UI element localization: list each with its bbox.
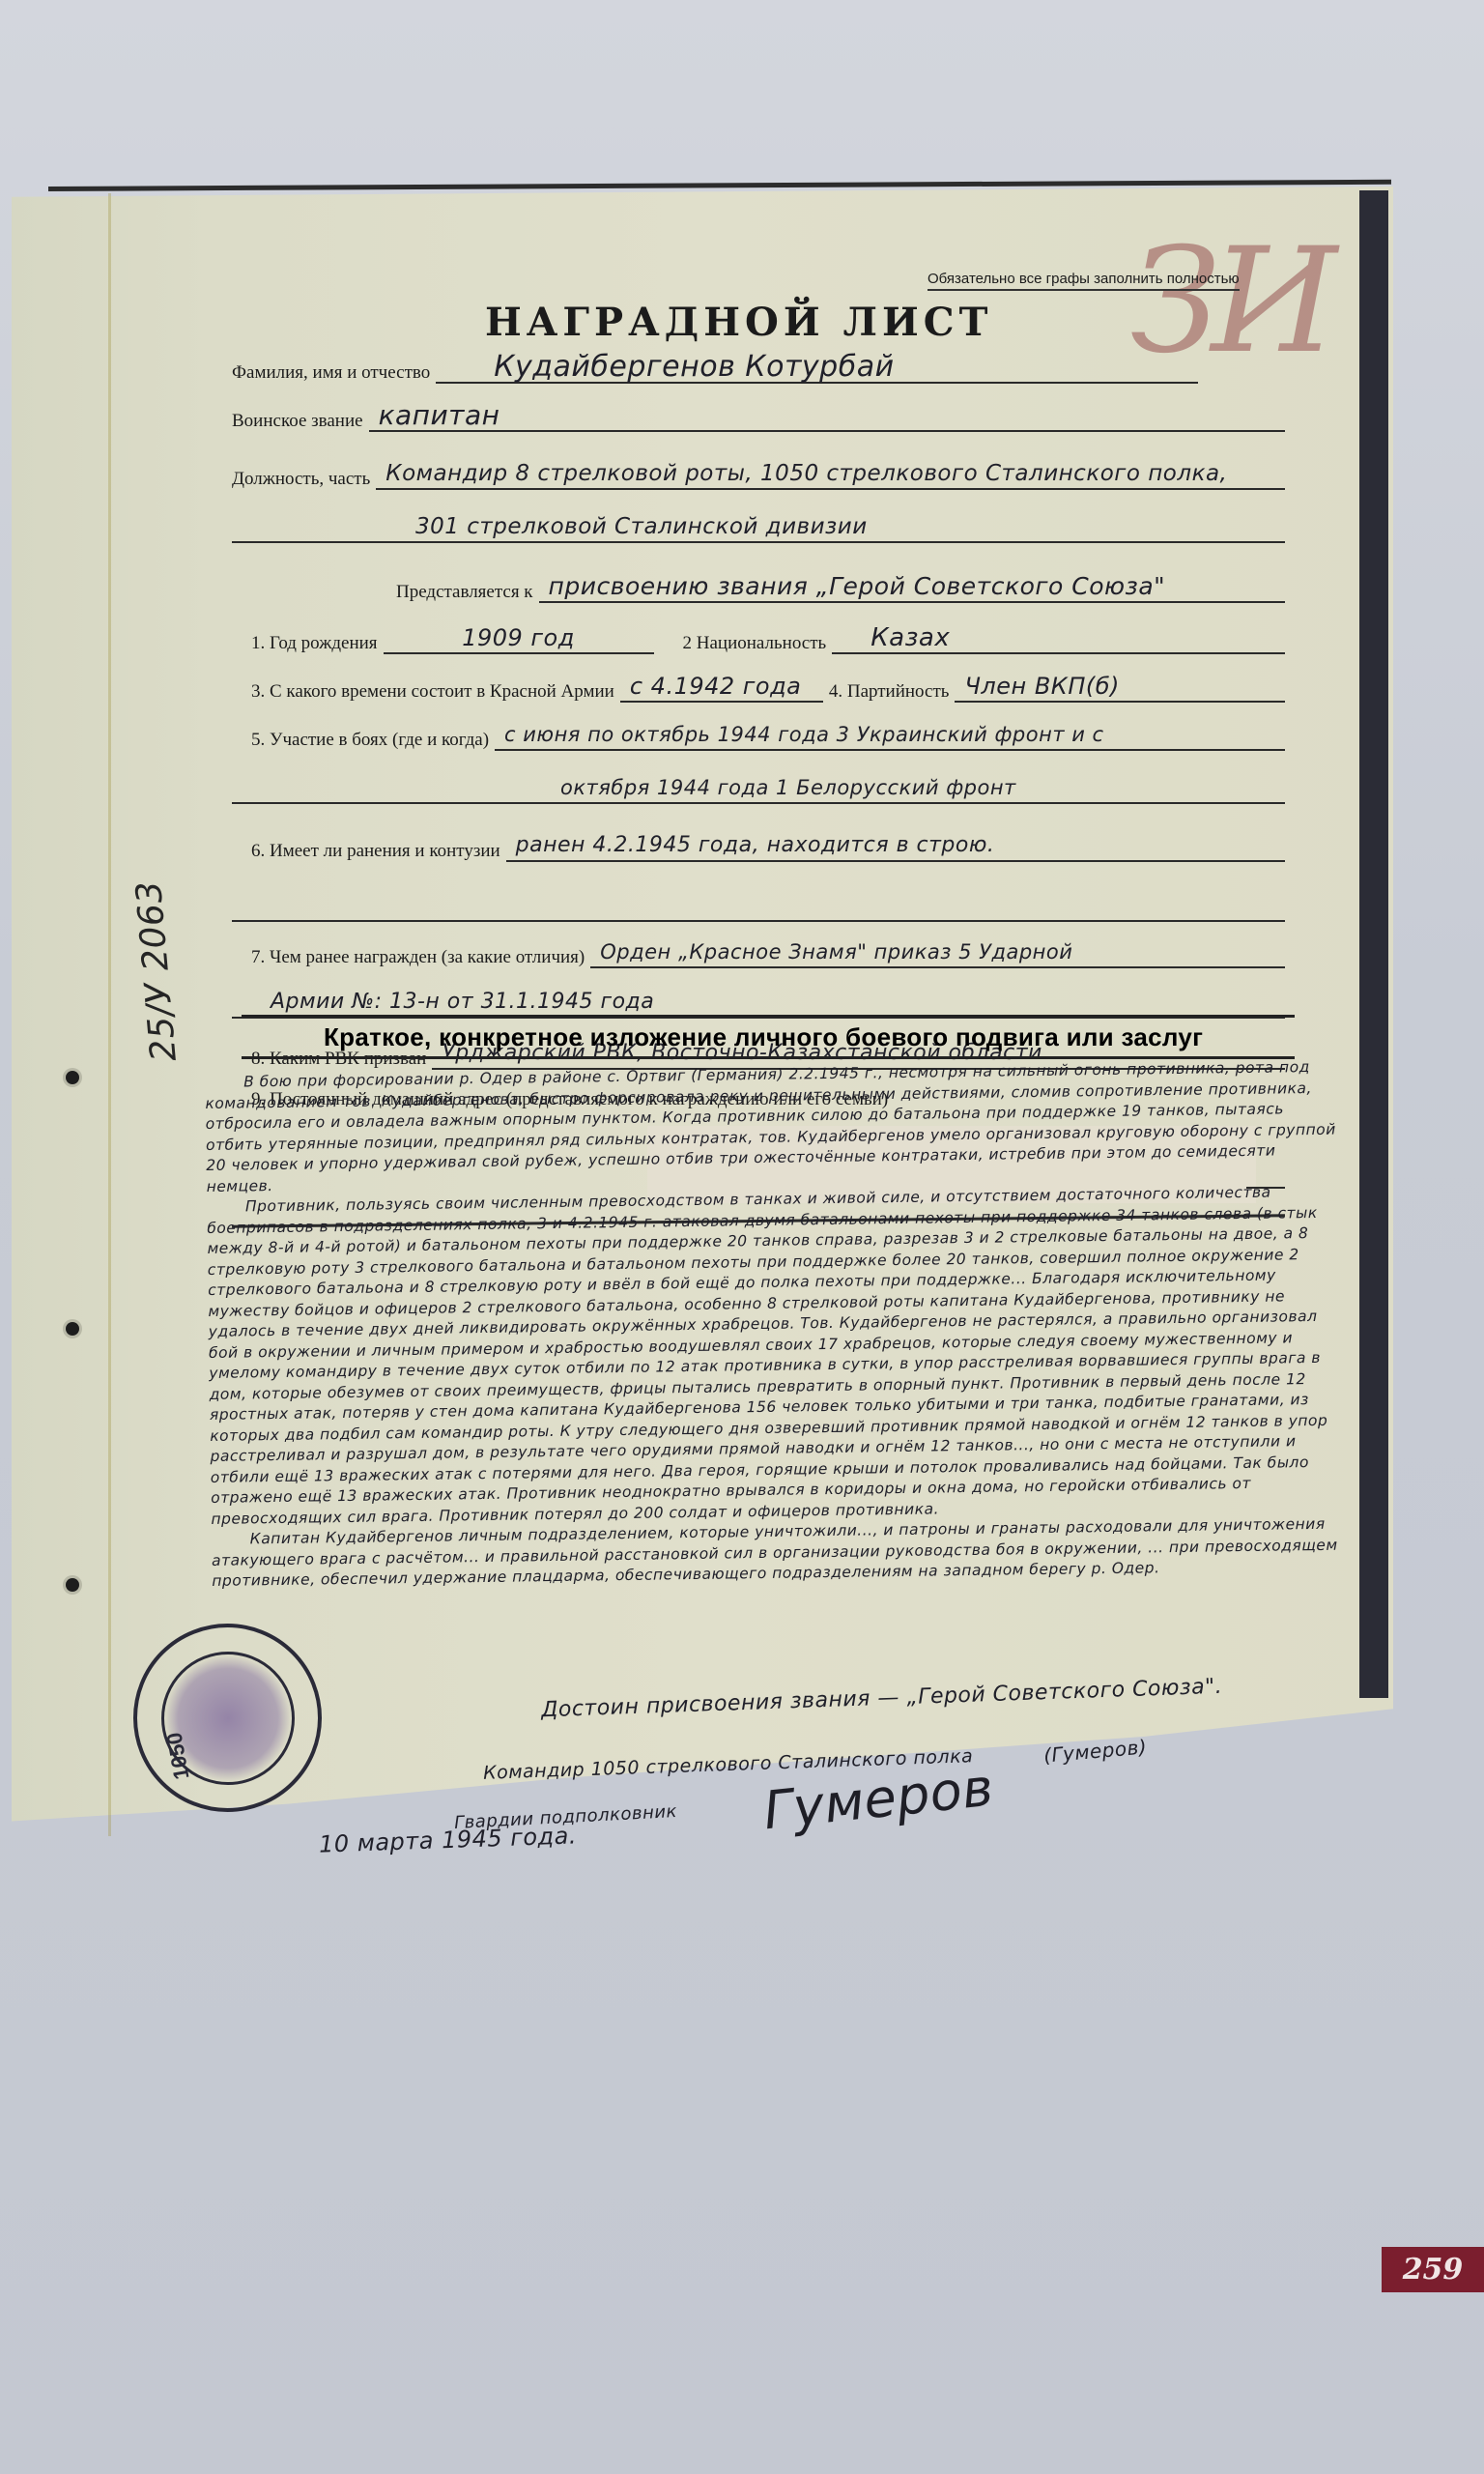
field-label: Должность, часть (232, 469, 370, 490)
section-heading: Краткое, конкретное изложение личного бо… (324, 1022, 1203, 1052)
field-rank: Воинское звание капитан (232, 401, 1285, 432)
field-value: с июня по октябрь 1944 года 3 Украинский… (495, 720, 1285, 751)
field-value: Командир 8 стрелковой роты, 1050 стрелко… (376, 459, 1285, 490)
field-value: 301 стрелковой Сталинской дивизии (232, 512, 1285, 543)
field-label: 3. С какого времени состоит в Красной Ар… (251, 681, 614, 703)
punch-hole-icon (66, 1578, 79, 1592)
official-stamp: 1050 (133, 1624, 322, 1812)
field-value: 1909 год (384, 623, 654, 654)
field-value: Орден „Красное Знамя" приказ 5 Ударной (590, 937, 1285, 968)
punch-hole-icon (66, 1322, 79, 1336)
field-wounds: 6. Имеет ли ранения и контузии ранен 4.2… (251, 831, 1285, 862)
field-label: 1. Год рождения (251, 633, 378, 654)
field-label: Воинское звание (232, 411, 363, 432)
heading-rule-top (242, 1015, 1295, 1018)
field-row-army-party: 3. С какого времени состоит в Красной Ар… (251, 672, 1285, 703)
field-label: 4. Партийность (829, 681, 950, 703)
punch-hole-icon (66, 1071, 79, 1084)
narrative-paragraph: В бою при форсировании р. Одер в районе … (205, 1057, 1347, 1197)
field-value: Казах (832, 623, 1285, 654)
field-battles-cont: октября 1944 года 1 Белорусский фронт (232, 773, 1285, 804)
document-right-border (1359, 190, 1388, 1698)
field-prior-awards: 7. Чем ранее награжден (за какие отличия… (251, 937, 1285, 968)
field-full-name: Фамилия, имя и отчество Кудайбергенов Ко… (232, 353, 1198, 384)
blank-line (232, 920, 1285, 922)
field-value: с 4.1942 года (620, 672, 823, 703)
field-value: Член ВКП(б) (955, 672, 1285, 703)
field-position-cont: 301 стрелковой Сталинской дивизии (232, 512, 1285, 543)
field-label: 6. Имеет ли ранения и контузии (251, 841, 500, 862)
narrative-text: В бою при форсировании р. Одер в районе … (205, 1057, 1352, 1593)
field-value: ранен 4.2.1945 года, находится в строю. (506, 831, 1285, 862)
document-title: НАГРАДНОЙ ЛИСТ (485, 300, 992, 345)
narrative-paragraph: Противник, пользуясь своим численным пре… (207, 1182, 1352, 1530)
field-value: октября 1944 года 1 Белорусский фронт (232, 773, 1285, 804)
field-label: 7. Чем ранее награжден (за какие отличия… (251, 947, 585, 968)
field-value: капитан (369, 401, 1285, 432)
field-label: Фамилия, имя и отчество (232, 362, 430, 384)
fold-line (108, 193, 111, 1836)
required-note: Обязательно все графы заполнить полность… (927, 271, 1240, 291)
field-row-birth-nationality: 1. Год рождения 1909 год 2 Национальност… (251, 623, 1285, 654)
field-label: Представляется к (396, 582, 533, 603)
field-battles: 5. Участие в боях (где и когда) с июня п… (251, 720, 1285, 751)
field-value: присвоению звания „Герой Советского Союз… (539, 572, 1285, 603)
field-position: Должность, часть Командир 8 стрелковой р… (232, 459, 1285, 490)
field-label: 2 Национальность (683, 633, 827, 654)
page-number-badge: 259 (1382, 2247, 1484, 2292)
field-value: Кудайбергенов Котурбай (436, 353, 1198, 384)
field-nominated-for: Представляется к присвоению звания „Геро… (396, 572, 1285, 603)
field-label: 5. Участие в боях (где и когда) (251, 730, 489, 751)
